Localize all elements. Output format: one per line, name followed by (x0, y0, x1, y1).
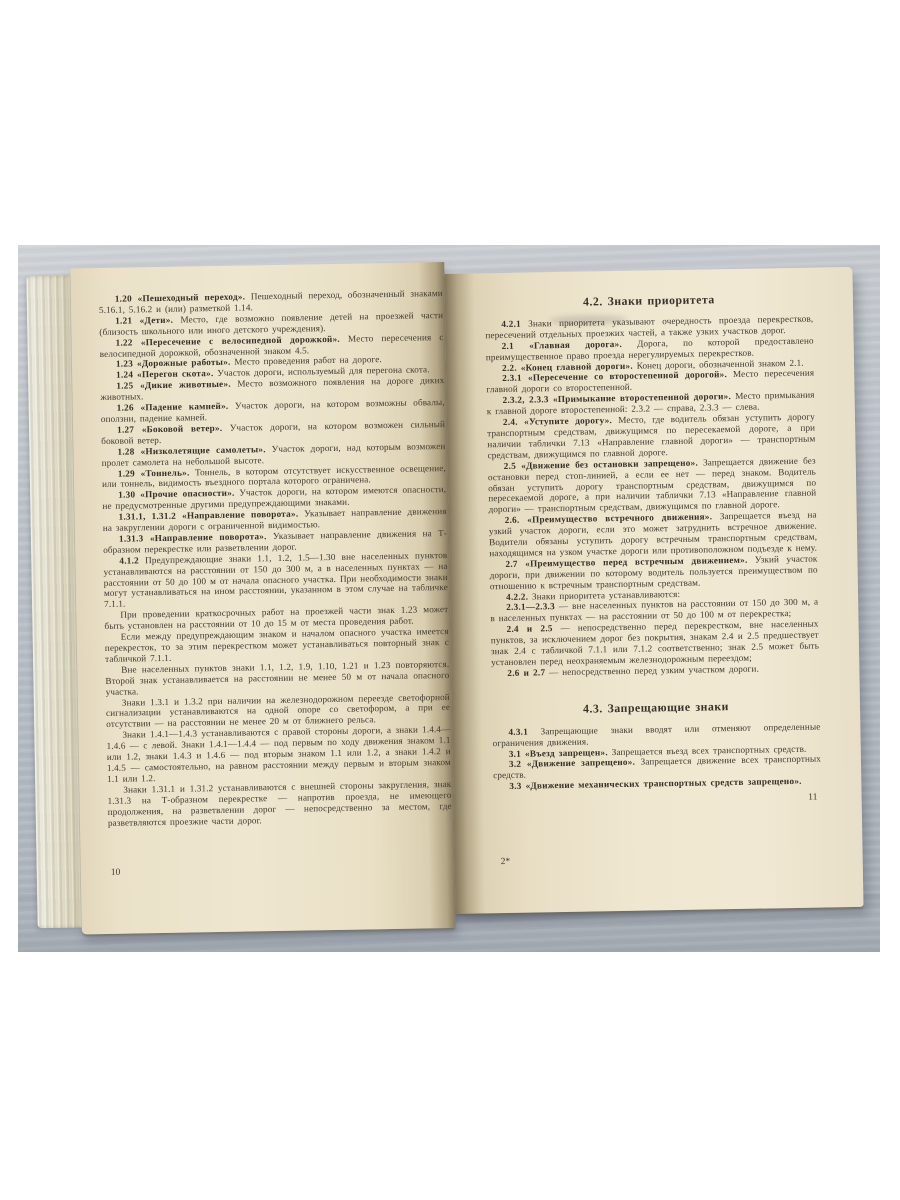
paragraph-lead: 4.2.1 (501, 319, 521, 329)
section-heading-4-2: 4.2. Знаки приоритета (485, 293, 813, 310)
paragraph-lead: 1.21 «Дети». (115, 315, 173, 326)
open-book: 1.20 «Пешеходный переход». Пешеходный пе… (18, 245, 880, 952)
signature-mark: 2* (501, 857, 511, 867)
page-number-row: 11 (494, 792, 822, 810)
paragraph-lead: 2.4 и 2.5 (507, 623, 553, 634)
paragraph-lead: 2.3.1—2.3.3 (506, 602, 555, 613)
paragraph-lead: 4.3.1 (508, 726, 528, 736)
paragraph-lead: 1.24 «Перегон скота». (116, 368, 214, 380)
paragraph-lead: 2.4. «Уступите дорогу». (503, 415, 612, 427)
paragraph: 2.4 и 2.5 — непосредственно перед перекр… (491, 619, 820, 668)
paragraph-lead: 1.25 «Дикие животные». (116, 379, 231, 391)
section-4-3-body: 4.3.1 Запрещающие знаки вводят или отмен… (492, 721, 821, 792)
section-4-2-body: 4.2.1 Знаки приоритета указывают очередн… (485, 313, 819, 679)
left-page: 1.20 «Пешеходный переход». Пешеходный пе… (70, 262, 456, 934)
right-page-text: 4.2. Знаки приоритета 4.2.1 Знаки приори… (485, 288, 822, 810)
page-number-left: 10 (111, 868, 121, 878)
paragraph: 2.5 «Движение без остановки запрещено». … (488, 455, 817, 515)
paragraph-text: Предупреждающие знаки 1.1, 1.2, 1.5—1.30… (103, 550, 448, 610)
paragraph: 2.6. «Преимущество встречного движения».… (489, 510, 818, 559)
paragraph-lead: 1.26 «Падение камней». (117, 401, 229, 413)
paragraph-text: Если между предупреждающим знаком и нача… (105, 626, 449, 664)
paragraph-text: Знаки 1.3.1 и 1.3.2 при наличии на желез… (106, 692, 450, 730)
book-photo: 1.20 «Пешеходный переход». Пешеходный пе… (18, 245, 880, 952)
page-number-right: 11 (808, 793, 818, 803)
right-page: 4.2. Знаки приоритета 4.2.1 Знаки приори… (444, 267, 863, 914)
paragraph-text: Вне населенных пунктов знаки 1.1, 1.2, 1… (105, 659, 449, 697)
paragraph-text: Знаки 1.31.1 и 1.31.2 устанавливаются с … (107, 779, 451, 828)
paragraph: 2.4. «Уступите дорогу». Место, где водит… (487, 412, 816, 461)
paragraph: Знаки 1.31.1 и 1.31.2 устанавливаются с … (107, 779, 452, 829)
paragraph-text: Знаки 1.4.1—1.4.3 устанавливаются с прав… (106, 724, 451, 784)
paragraph: 4.1.2 Предупреждающие знаки 1.1, 1.2, 1.… (103, 550, 448, 611)
paragraph-lead: 2.6 и 2.7 (507, 667, 545, 678)
paragraph: Знаки 1.4.1—1.4.3 устанавливаются с прав… (106, 724, 451, 785)
paragraph-lead: 1.29 «Тоннель». (118, 467, 190, 478)
paragraph-lead: 4.2.2. (506, 591, 528, 601)
paragraph-lead: 1.27 «Боковой ветер». (117, 423, 222, 435)
paragraph-lead: 3.1 «Въезд запрещен». (509, 747, 608, 759)
paragraph-lead: 4.1.2 (119, 555, 139, 565)
paragraph-lead: 3.2 «Движение запрещено». (509, 757, 635, 769)
section-heading-4-3: 4.3. Запрещающие знаки (492, 699, 820, 716)
left-page-text: 1.20 «Пешеходный переход». Пешеходный пе… (99, 288, 452, 828)
